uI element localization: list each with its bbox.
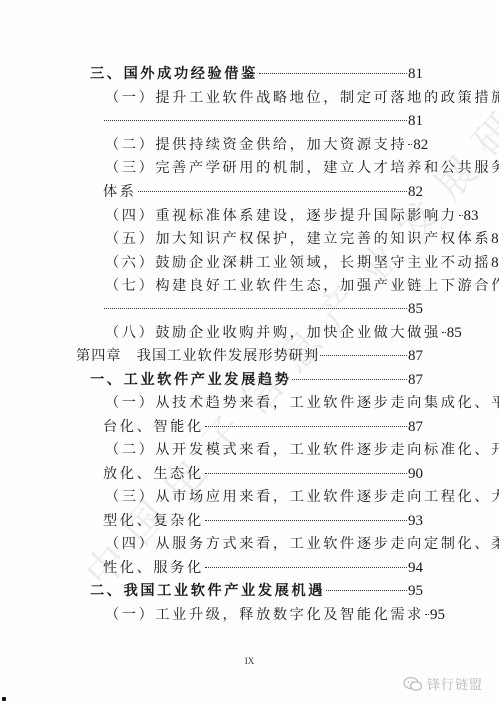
document-page: 中国电子信息产业发展研究院 三、国外成功经验借鉴 81 （一）提升工业软件战略地… bbox=[0, 0, 499, 706]
toc-entry[interactable]: 一、工业软件产业发展趋势 87 bbox=[90, 370, 423, 390]
toc-entry-page: 82 bbox=[413, 135, 428, 155]
dot-leader bbox=[205, 520, 407, 521]
toc-entry-continuation-text: 放化、生态化 bbox=[103, 464, 204, 484]
bullet-dot bbox=[2, 697, 6, 701]
dot-leader bbox=[205, 426, 407, 427]
toc-entry-page: 84 bbox=[491, 253, 499, 273]
toc-entry[interactable]: （四）重视标准体系建设，逐步提升国际影响力 83 bbox=[105, 206, 423, 226]
toc-entry[interactable]: （七）构建良好工业软件生态，加强产业链上下游合作 bbox=[105, 276, 423, 296]
toc-entry-title: （二）提供持续资金供给，加大资源支持 bbox=[105, 135, 407, 155]
dot-leader bbox=[442, 332, 446, 333]
dot-leader bbox=[425, 614, 429, 615]
toc-entry-title: （四）重视标准体系建设，逐步提升国际影响力 bbox=[105, 206, 458, 226]
toc-entry-title: 二、我国工业软件产业发展机遇 bbox=[90, 581, 325, 601]
toc-entry-title: 一、工业软件产业发展趋势 bbox=[90, 370, 291, 390]
toc-entry-page: 81 bbox=[408, 64, 423, 84]
dot-leader bbox=[104, 120, 407, 121]
page-number: IX bbox=[0, 656, 499, 666]
toc-entry[interactable]: （一）工业升级，释放数字化及智能化需求 95 bbox=[105, 605, 423, 625]
toc-entry-title: （三）从市场应用来看，工业软件逐步走向工程化、大 bbox=[105, 489, 499, 505]
toc-entry-page: 87 bbox=[408, 370, 423, 390]
toc-entry-title: （四）从服务方式来看，工业软件逐步走向定制化、柔 bbox=[105, 536, 499, 552]
dot-leader bbox=[205, 473, 407, 474]
toc-entry-continuation-text: 台化、智能化 bbox=[103, 417, 204, 437]
toc-entry-title: （二）从开发模式来看，工业软件逐步走向标准化、开 bbox=[105, 442, 499, 458]
toc-entry[interactable]: （三）从市场应用来看，工业软件逐步走向工程化、大 bbox=[105, 487, 423, 507]
toc-entry-title: （八）鼓励企业收购并购，加快企业做大做强 bbox=[105, 323, 441, 343]
toc-entry-continuation-text: 性化、服务化 bbox=[103, 558, 204, 578]
toc-entry-page: 87 bbox=[408, 346, 423, 366]
toc-entry-page: 90 bbox=[408, 464, 423, 484]
toc-entry[interactable]: （二）提供持续资金供给，加大资源支持 82 bbox=[105, 135, 423, 155]
toc-entry-title: 三、国外成功经验借鉴 bbox=[90, 64, 258, 84]
toc-entry[interactable]: （八）鼓励企业收购并购，加快企业做大做强 85 bbox=[105, 323, 423, 343]
dot-leader bbox=[408, 144, 412, 145]
toc-entry[interactable]: （四）从服务方式来看，工业软件逐步走向定制化、柔 bbox=[105, 534, 423, 554]
toc-chapter-entry[interactable]: 第四章 我国工业软件发展形势研判 87 bbox=[76, 346, 423, 366]
toc-entry-title: （一）从技术趋势来看，工业软件逐步走向集成化、平 bbox=[105, 395, 499, 411]
toc-entry-title: （五）加大知识产权保护，建立完善的知识产权体系 bbox=[105, 229, 491, 249]
toc-entry-continuation[interactable]: 台化、智能化 87 bbox=[103, 417, 423, 437]
dot-leader bbox=[320, 355, 407, 356]
toc-entry-page: 85 bbox=[447, 323, 462, 343]
toc-entry-page: 82 bbox=[408, 182, 423, 202]
toc-entry[interactable]: （一）从技术趋势来看，工业软件逐步走向集成化、平 bbox=[105, 393, 423, 413]
toc-entry-page: 81 bbox=[408, 111, 423, 131]
toc-entry-continuation-text: 型化、复杂化 bbox=[103, 511, 204, 531]
toc-entry-continuation[interactable]: 放化、生态化 90 bbox=[103, 464, 423, 484]
dot-leader bbox=[259, 73, 407, 74]
toc-entry-continuation[interactable]: 81 bbox=[103, 111, 423, 131]
toc-entry-title: （三）完善产学研用的机制，建立人才培养和公共服务 bbox=[105, 160, 499, 176]
toc-entry[interactable]: （六）鼓励企业深耕工业领域，长期坚守主业不动摇 84 bbox=[105, 253, 423, 273]
toc-entry[interactable]: （一）提升工业软件战略地位，制定可落地的政策措施 bbox=[105, 88, 423, 108]
dot-leader bbox=[326, 590, 407, 591]
dot-leader bbox=[459, 215, 463, 216]
toc-entry-continuation[interactable]: 85 bbox=[103, 299, 423, 319]
toc-entry[interactable]: （二）从开发模式来看，工业软件逐步走向标准化、开 bbox=[105, 440, 423, 460]
dot-leader bbox=[292, 379, 407, 380]
toc-entry-title: （七）构建良好工业软件生态，加强产业链上下游合作 bbox=[105, 278, 499, 294]
toc-entry[interactable]: 二、我国工业软件产业发展机遇 95 bbox=[90, 581, 423, 601]
toc-entry-page: 94 bbox=[408, 558, 423, 578]
toc-entry[interactable]: 三、国外成功经验借鉴 81 bbox=[90, 64, 423, 84]
toc-entry-title: 第四章 我国工业软件发展形势研判 bbox=[76, 346, 319, 366]
toc-entry-continuation[interactable]: 性化、服务化 94 bbox=[103, 558, 423, 578]
toc-entry-title: （六）鼓励企业深耕工业领域，长期坚守主业不动摇 bbox=[105, 253, 491, 273]
toc-entry-page: 95 bbox=[430, 605, 445, 625]
dot-leader bbox=[205, 567, 407, 568]
wechat-icon bbox=[403, 676, 423, 692]
toc-entry-continuation[interactable]: 体系 82 bbox=[103, 182, 423, 202]
toc-entry[interactable]: （三）完善产学研用的机制，建立人才培养和公共服务 bbox=[105, 158, 423, 178]
dot-leader bbox=[138, 191, 407, 192]
toc-entry-continuation-text: 体系 bbox=[103, 182, 137, 202]
logo-text: 锋行链盟 bbox=[427, 674, 483, 693]
toc-entry-title: （一）工业升级，释放数字化及智能化需求 bbox=[105, 605, 424, 625]
toc-entry-page: 85 bbox=[408, 299, 423, 319]
toc-entry-page: 95 bbox=[408, 581, 423, 601]
toc-entry-page: 87 bbox=[408, 417, 423, 437]
wechat-account-logo: 锋行链盟 bbox=[403, 674, 483, 693]
toc-entry-page: 83 bbox=[491, 229, 499, 249]
toc-entry-page: 93 bbox=[408, 511, 423, 531]
toc-entry-continuation[interactable]: 型化、复杂化 93 bbox=[103, 511, 423, 531]
toc-entry[interactable]: （五）加大知识产权保护，建立完善的知识产权体系 83 bbox=[105, 229, 423, 249]
toc-entry-title: （一）提升工业软件战略地位，制定可落地的政策措施 bbox=[105, 90, 499, 106]
dot-leader bbox=[104, 308, 407, 309]
toc-entry-page: 83 bbox=[464, 206, 479, 226]
